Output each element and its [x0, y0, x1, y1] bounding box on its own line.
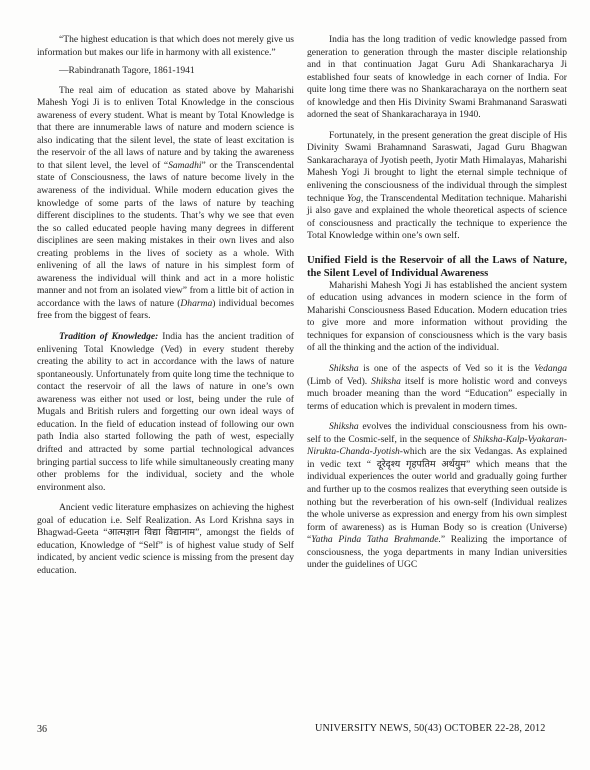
- paragraph-ancient-vedic: Ancient vedic literature emphasizes on a…: [37, 502, 294, 577]
- paragraph-long-tradition: India has the long tradition of vedic kn…: [307, 34, 567, 122]
- paragraph-maharishi-system: Maharishi Mahesh Yogi Ji has established…: [307, 280, 567, 355]
- subheading-tradition: Tradition of Knowledge:: [59, 331, 158, 342]
- epigraph-quote: “The highest education is that which doe…: [37, 34, 294, 59]
- paragraph-tradition: Tradition of Knowledge: India has the an…: [37, 331, 294, 494]
- term-yog: Yog: [347, 193, 361, 204]
- page-number: 36: [37, 724, 47, 735]
- paragraph-fortunately: Fortunately, in the present generation t…: [307, 130, 567, 243]
- term-samadhi: Samadhi: [168, 160, 201, 171]
- section-heading: Unified Field is the Reservoir of all th…: [307, 254, 567, 280]
- left-column: “The highest education is that which doe…: [37, 34, 294, 585]
- term-dharma: Dharma: [180, 298, 212, 309]
- right-column: India has the long tradition of vedic kn…: [307, 34, 567, 580]
- epigraph-attribution: —Rabindranath Tagore, 1861-1941: [37, 65, 294, 78]
- paragraph-shiksha-aspect: Shiksha is one of the aspects of Ved so …: [307, 363, 567, 413]
- paragraph-real-aim: The real aim of education as stated abov…: [37, 85, 294, 323]
- paragraph-shiksha-evolves: Shiksha evolves the individual conscious…: [307, 421, 567, 572]
- journal-footer: UNIVERSITY NEWS, 50(43) OCTOBER 22-28, 2…: [315, 723, 545, 734]
